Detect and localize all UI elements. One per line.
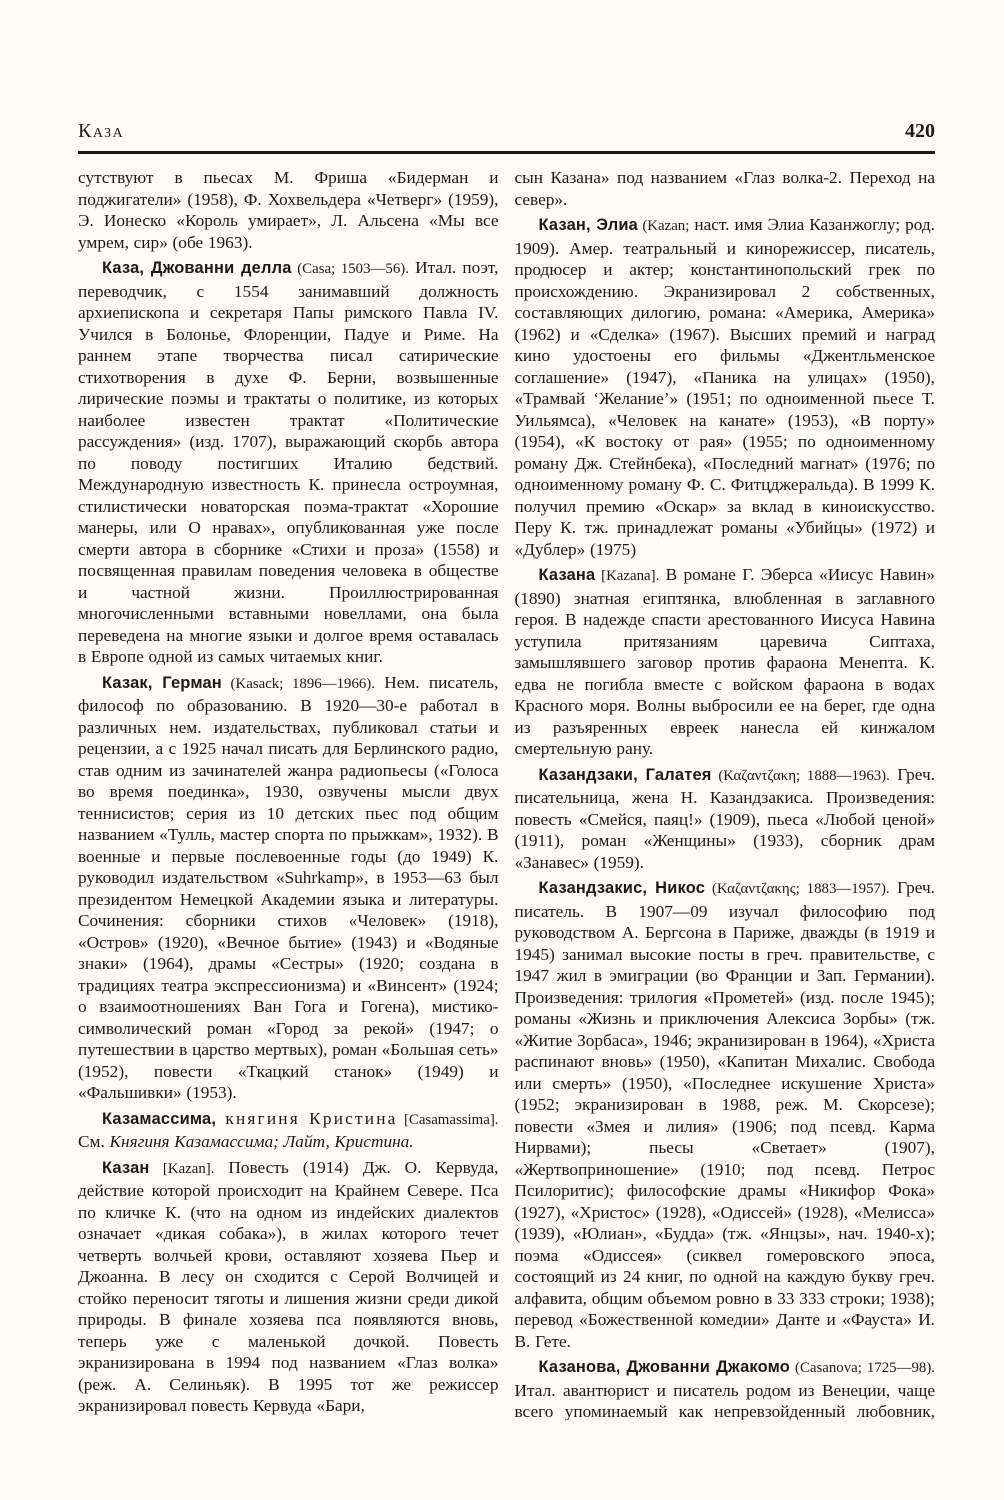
entry-text: Греч. писатель. В 1907—09 изучал философ… <box>515 878 936 1351</box>
entry-kazandzakis-nikos: Казандзакис, Никос (Καζαντζακης; 1883—19… <box>515 877 936 1352</box>
entry-kazak-german: Казак, Герман (Kasack; 1896—1966). Нем. … <box>78 672 499 1104</box>
entry-kaza-dzhovanni-della: Каза, Джованни делла (Casa; 1503—56). Ит… <box>78 257 499 668</box>
entry-text: См. <box>78 1132 110 1151</box>
entry-headword: Казандзаки, Галатея <box>539 766 712 784</box>
entry-text: Итал. поэт, переводчик, с 1554 занимавши… <box>78 258 499 666</box>
left-column: сутствуют в пьесах М. Фриша «Бидерман и … <box>78 167 499 1420</box>
entry-origin: (Kasack; 1896—1966). <box>222 676 375 692</box>
entry-headword: Казандзакис, Никос <box>539 879 706 897</box>
page-number: 420 <box>905 120 935 143</box>
encyclopedia-page: Каза 420 сутствуют в пьесах М. Фриша «Би… <box>0 0 1004 1500</box>
entry-origin: [Casamassima]. <box>398 1112 499 1128</box>
entry-headword: Казанова, Джованни Джакомо <box>539 1358 790 1376</box>
entry-origin: (Casanova; 1725—98). <box>790 1360 935 1376</box>
entry-text: сын Казана» под названием «Глаз волка-2.… <box>515 168 936 209</box>
entry-kazan-elia: Казан, Элиа (Kazan; наст. имя Элиа Казан… <box>515 214 936 560</box>
entry-text: В романе Г. Эберса «Иисус Навин» (1890) … <box>515 565 936 758</box>
entry-headword: Казамассима, <box>102 1110 216 1128</box>
entry-crossref: Княгиня Казамассима; Лайт, Кристина. <box>110 1132 414 1151</box>
entry-text: сутствуют в пьесах М. Фриша «Бидерман и … <box>78 168 499 252</box>
entry-headword: Казак, Герман <box>102 674 222 692</box>
entry-headword: Казан, Элиа <box>539 216 638 234</box>
entry-origin: (Kazan; <box>638 218 689 234</box>
entry-origin: [Kazana]. <box>595 568 659 584</box>
entry-headword: Казан <box>102 1159 150 1177</box>
entry-kazamassima: Казамассима, княгиня Кристина [Casamassi… <box>78 1108 499 1153</box>
entry-kazana: Казана [Kazana]. В романе Г. Эберса «Иис… <box>515 564 936 760</box>
entry-headword: Казана <box>539 566 596 584</box>
running-head: Каза 420 <box>78 120 935 148</box>
entry-origin: (Casa; 1503—56). <box>292 261 409 277</box>
entry-kazan-povest: Казан [Kazan]. Повесть (1914) Дж. О. Кер… <box>78 1157 499 1417</box>
entry-origin: (Καζαντζακη; 1888—1963). <box>712 768 890 784</box>
entry-text: Нем. писатель, философ по образованию. В… <box>78 673 499 1103</box>
entry-text: Повесть (1914) Дж. О. Кервуда, действие … <box>78 1158 499 1416</box>
entry-text: Итал. авантюрист и писатель родом из Вен… <box>515 1381 936 1421</box>
entry-kaza-runover: сутствуют в пьесах М. Фриша «Бидерман и … <box>78 167 499 253</box>
entry-origin: (Καζαντζακης; 1883—1957). <box>705 881 890 897</box>
entry-kazanova-dzhovanni-dzhakomo: Казанова, Джованни Джакомо (Casanova; 17… <box>515 1356 936 1420</box>
entry-kazandzaki-galateya: Казандзаки, Галатея (Καζαντζακη; 1888—19… <box>515 764 936 874</box>
running-head-keyword: Каза <box>78 120 124 143</box>
entry-kazan-runover: сын Казана» под названием «Глаз волка-2.… <box>515 167 936 210</box>
entry-text: наст. имя Элиа Казанжоглу; род. 1909). А… <box>515 215 936 559</box>
entry-headword: Каза, Джованни делла <box>102 259 292 277</box>
entry-subname: княгиня Кристина <box>216 1109 397 1128</box>
two-column-text: сутствуют в пьесах М. Фриша «Бидерман и … <box>78 167 935 1420</box>
entry-origin: [Kazan]. <box>150 1161 215 1177</box>
right-column: сын Казана» под названием «Глаз волка-2.… <box>515 167 936 1420</box>
header-rule <box>78 151 935 154</box>
